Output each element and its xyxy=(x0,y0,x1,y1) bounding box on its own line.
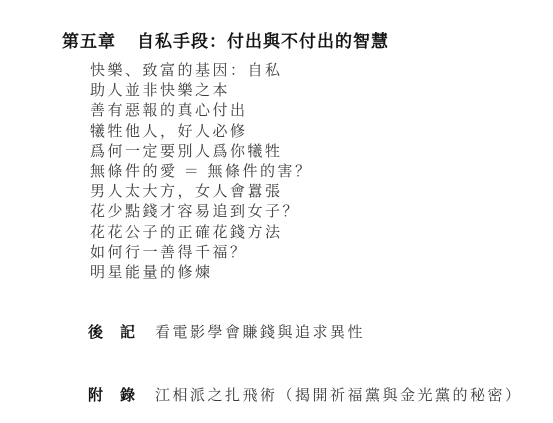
toc-item: 善有惡報的真心付出 xyxy=(90,101,313,121)
appendix-label: 附 錄 xyxy=(88,388,136,404)
toc-item: 如何行一善得千福？ xyxy=(90,243,313,263)
toc-item: 無條件的愛 ＝ 無條件的害？ xyxy=(90,162,313,182)
toc-list: 快樂、致富的基因：自私 助人並非快樂之本 善有惡報的真心付出 犧牲他人，好人必修… xyxy=(90,61,313,283)
toc-item: 犧牲他人，好人必修 xyxy=(90,122,313,142)
toc-item: 快樂、致富的基因：自私 xyxy=(90,61,313,81)
chapter-heading: 第五章自私手段：付出與不付出的智慧 xyxy=(62,27,389,52)
toc-item: 助人並非快樂之本 xyxy=(90,81,313,101)
chapter-number: 第五章 xyxy=(62,32,116,51)
afterword-title: 看電影學會賺錢與追求異性 xyxy=(155,325,365,341)
chapter-title: 自私手段：付出與不付出的智慧 xyxy=(137,32,389,51)
toc-item: 花花公子的正確花錢方法 xyxy=(90,223,313,243)
book-page: 第五章自私手段：付出與不付出的智慧 快樂、致富的基因：自私 助人並非快樂之本 善… xyxy=(0,0,553,423)
toc-item: 爲何一定要別人爲你犧牲 xyxy=(90,142,313,162)
afterword-label: 後 記 xyxy=(88,325,136,341)
afterword-row: 後 記看電影學會賺錢與追求異性 xyxy=(88,324,365,343)
appendix-title: 江相派之扎飛術（揭開祈福黨與金光黨的秘密） xyxy=(155,388,523,404)
toc-item: 男人太大方，女人會囂張 xyxy=(90,182,313,202)
toc-item: 花少點錢才容易追到女子？ xyxy=(90,202,313,222)
toc-item: 明星能量的修煉 xyxy=(90,263,313,283)
appendix-row: 附 錄江相派之扎飛術（揭開祈福黨與金光黨的秘密） xyxy=(88,387,523,406)
